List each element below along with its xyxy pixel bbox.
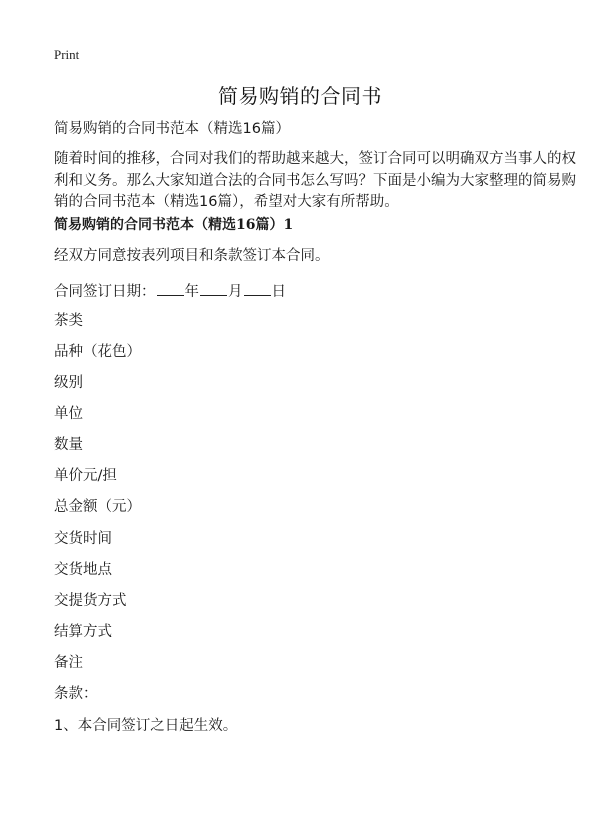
year-label: 年 bbox=[185, 284, 200, 300]
month-blank bbox=[200, 281, 227, 296]
page-title: 简易购销的合同书 bbox=[0, 80, 600, 109]
month-label: 月 bbox=[228, 284, 243, 300]
field-item: 备注 bbox=[54, 654, 83, 672]
intro-paragraph: 随着时间的推移，合同对我们的帮助越来越大，签订合同可以明确双方当事人的权 利和义… bbox=[54, 149, 548, 214]
date-label: 合同签订日期： bbox=[54, 284, 156, 300]
intro-line: 利和义务。那么大家知道合法的合同书怎么写吗？下面是小编为大家整理的简易购 bbox=[54, 171, 548, 193]
field-item: 茶类 bbox=[54, 312, 83, 330]
agreement-line: 经双方同意按表列项目和条款签订本合同。 bbox=[54, 247, 330, 265]
field-item: 单价元/担 bbox=[54, 467, 117, 485]
intro-line: 销的合同书范本（精选16篇），希望对大家有所帮助。 bbox=[54, 192, 548, 214]
clause-item: 1、本合同签订之日起生效。 bbox=[54, 717, 237, 735]
field-item: 交提货方式 bbox=[54, 592, 127, 610]
field-item: 交货时间 bbox=[54, 530, 112, 548]
subtitle: 简易购销的合同书范本（精选16篇） bbox=[54, 120, 290, 138]
field-item: 数量 bbox=[54, 436, 83, 454]
field-item: 交货地点 bbox=[54, 561, 112, 579]
print-label[interactable]: Print bbox=[54, 47, 79, 63]
document-page: Print 简易购销的合同书 简易购销的合同书范本（精选16篇） 随着时间的推移… bbox=[0, 0, 600, 828]
day-blank bbox=[244, 281, 271, 296]
field-item: 品种（花色） bbox=[54, 343, 141, 361]
intro-line: 随着时间的推移，合同对我们的帮助越来越大，签订合同可以明确双方当事人的权 bbox=[54, 149, 548, 171]
field-item: 总金额（元） bbox=[54, 498, 141, 516]
field-item: 级别 bbox=[54, 374, 83, 392]
day-label: 日 bbox=[272, 284, 287, 300]
year-blank bbox=[157, 281, 184, 296]
field-item: 结算方式 bbox=[54, 623, 112, 641]
terms-label: 条款： bbox=[54, 685, 98, 703]
section-heading: 简易购销的合同书范本（精选16篇）1 bbox=[54, 216, 293, 234]
field-item: 单位 bbox=[54, 405, 83, 423]
contract-date-line: 合同签订日期：年月日 bbox=[54, 281, 286, 301]
